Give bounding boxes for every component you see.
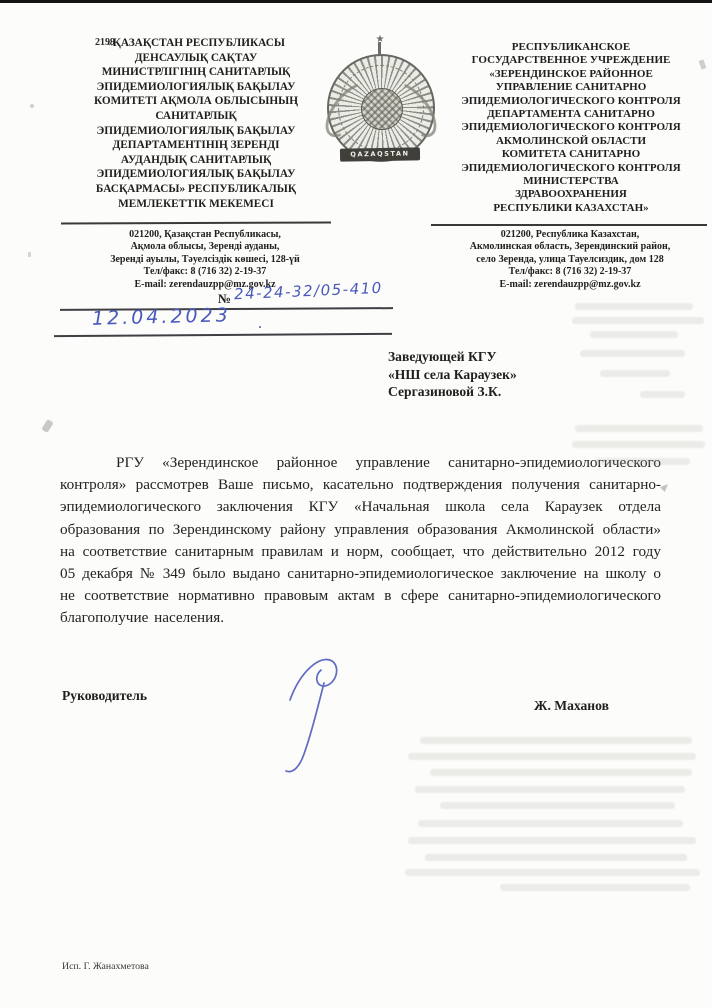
scan-speck bbox=[660, 484, 668, 492]
bleed-through-line bbox=[600, 370, 670, 377]
address-block-russian: 021200, Республика Казахстан, Акмолинска… bbox=[432, 229, 708, 291]
emblem-banner: QAZAQSTAN bbox=[340, 147, 420, 161]
date-underline bbox=[54, 333, 392, 337]
signatory-name: Ж. Маханов bbox=[534, 698, 609, 714]
bleed-through-line bbox=[575, 425, 703, 432]
scan-speck bbox=[28, 252, 31, 257]
body-paragraph: РГУ «Зерендинское районное управление са… bbox=[60, 452, 661, 630]
bleed-through-line bbox=[572, 317, 704, 324]
letterhead-left-kazakh: «ҚАЗАҚСТАН РЕСПУБЛИКАСЫ ДЕНСАУЛЫҚ САҚТАУ… bbox=[60, 36, 332, 211]
scan-top-edge bbox=[0, 0, 712, 3]
handwritten-date: 12.04.2023 bbox=[92, 304, 231, 330]
bleed-through-line bbox=[408, 753, 696, 760]
bleed-through-line bbox=[572, 441, 705, 448]
bleed-through-line bbox=[590, 331, 678, 338]
bleed-through-line bbox=[425, 854, 687, 861]
letterhead-right-russian: РЕСПУБЛИКАНСКОЕ ГОСУДАРСТВЕННОЕ УЧРЕЖДЕН… bbox=[434, 41, 708, 215]
bleed-through-line bbox=[418, 820, 683, 827]
bleed-through-line bbox=[420, 737, 692, 744]
bleed-through-line bbox=[408, 837, 696, 844]
divider-right bbox=[431, 224, 707, 226]
divider-left bbox=[61, 222, 331, 225]
scan-speck bbox=[30, 104, 34, 108]
signatory-title: Руководитель bbox=[62, 688, 147, 704]
executor-note: Исп. Г. Жанахметова bbox=[62, 961, 149, 972]
bleed-through-line bbox=[575, 303, 693, 310]
bleed-through-line bbox=[440, 802, 675, 809]
coat-of-arms-emblem: ★ QAZAQSTAN bbox=[324, 40, 436, 182]
bleed-through-line bbox=[415, 786, 685, 793]
bleed-through-line bbox=[405, 869, 700, 876]
emblem-sun-rays bbox=[327, 54, 435, 162]
bleed-through-line bbox=[500, 884, 690, 891]
bleed-through-line bbox=[595, 458, 690, 465]
emblem-shanyrak-icon bbox=[361, 88, 403, 130]
handwritten-dot: . bbox=[258, 315, 262, 333]
bleed-through-line bbox=[580, 350, 685, 357]
bleed-through-line bbox=[430, 769, 692, 776]
handwritten-signature bbox=[262, 642, 372, 782]
bleed-through-line bbox=[640, 391, 685, 398]
scan-speck bbox=[41, 419, 53, 433]
